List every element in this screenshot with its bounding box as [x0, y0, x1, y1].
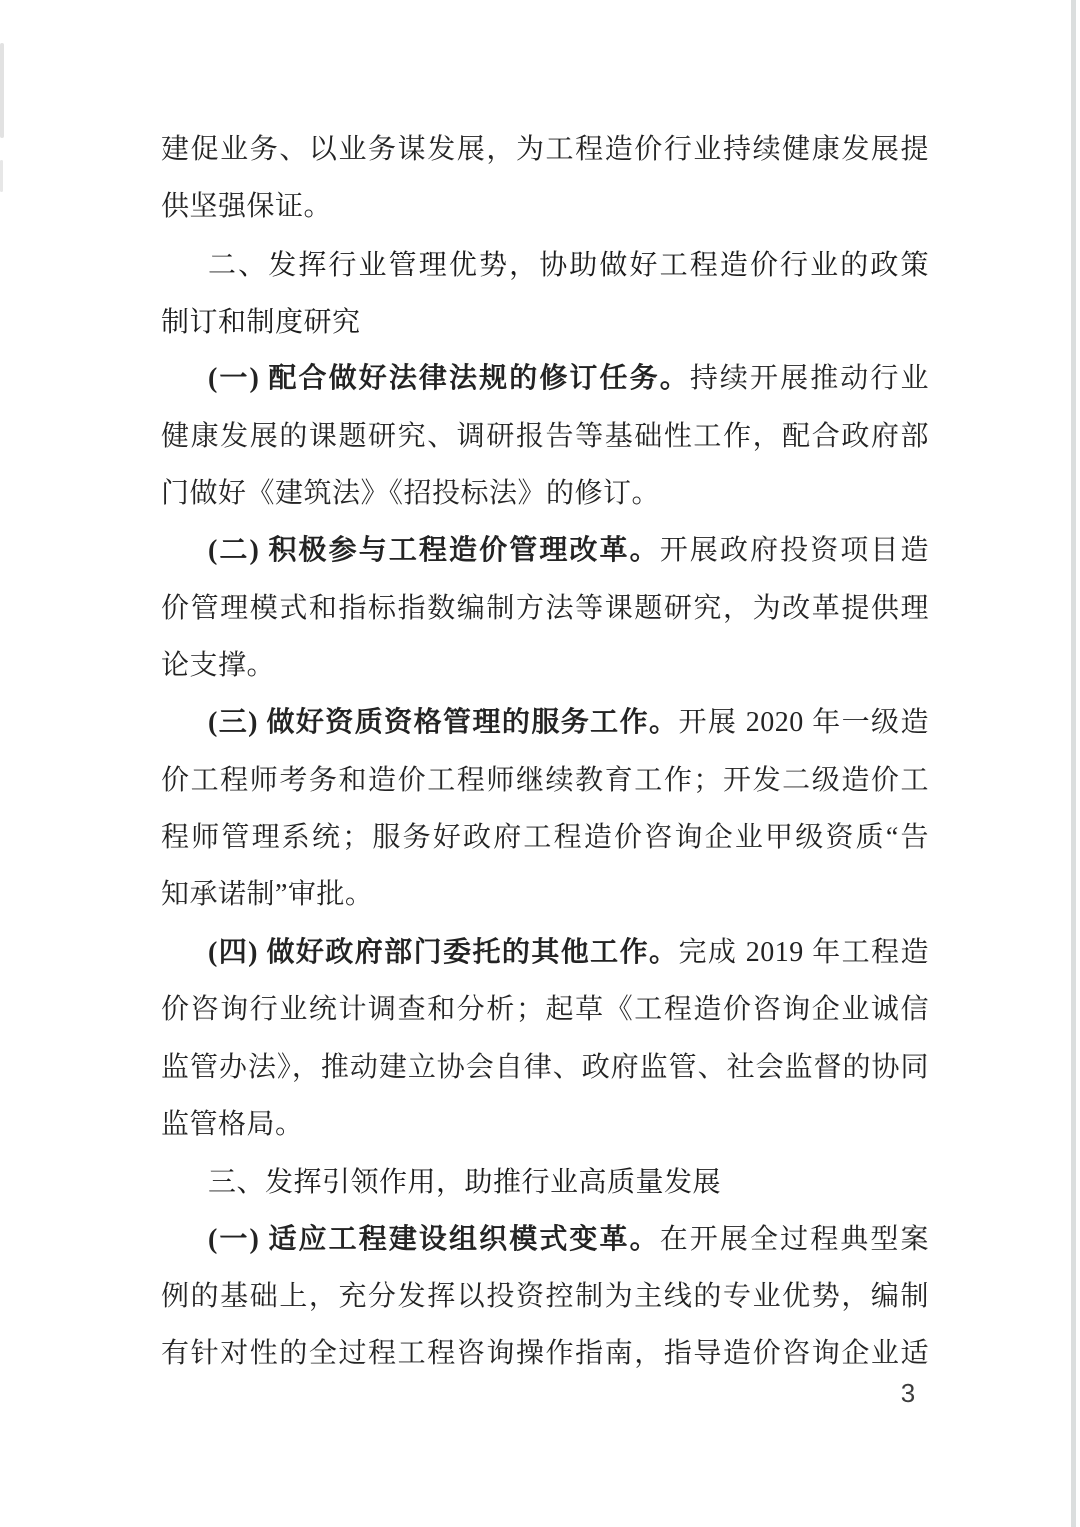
body-line: (一) 配合做好法律法规的修订任务。持续开展推动行业: [161, 350, 929, 407]
heading-line: 制订和制度研究: [161, 293, 929, 350]
document-page: 建促业务、以业务谋发展，为工程造价行业持续健康发展提供坚强保证。二、发挥行业管理…: [0, 0, 1080, 1527]
body-line: 监管办法》，推动建立协会自律、政府监管、社会监督的协同: [161, 1039, 929, 1096]
body-line: 知承诺制”审批。: [161, 866, 929, 923]
body-line: 程师管理系统；服务好政府工程造价咨询企业甲级资质“告: [161, 809, 929, 866]
body-text: 程师管理系统；服务好政府工程造价咨询企业甲级资质“告: [161, 822, 929, 853]
body-text: 知承诺制”审批。: [161, 879, 373, 910]
body-text: 例的基础上，充分发挥以投资控制为主线的专业优势，编制: [161, 1281, 929, 1312]
body-text: 持续开展推动行业: [690, 363, 929, 394]
scan-smudge-left-lower: [0, 160, 3, 192]
body-line: (三) 做好资质资格管理的服务工作。开展 2020 年一级造: [161, 694, 929, 751]
body-line: 例的基础上，充分发挥以投资控制为主线的专业优势，编制: [161, 1268, 929, 1325]
scan-smudge-left-top: [0, 43, 4, 138]
body-line: (二) 积极参与工程造价管理改革。开展政府投资项目造: [161, 522, 929, 579]
page-number: 3: [893, 1378, 923, 1408]
body-line: 论支撑。: [161, 637, 929, 694]
body-line: 监管格局。: [161, 1096, 929, 1153]
heading-text: 二、发挥行业管理优势，协助做好工程造价行业的政策: [208, 249, 929, 280]
scan-edge-artifact-right: [1071, 0, 1076, 1527]
paragraph-lead-bold: (三) 做好资质资格管理的服务工作。: [208, 707, 678, 738]
body-line: (一) 适应工程建设组织模式变革。在开展全过程典型案: [161, 1211, 929, 1268]
paragraph-lead-bold: (一) 适应工程建设组织模式变革。: [208, 1224, 660, 1255]
body-line: 有针对性的全过程工程咨询操作指南，指导造价咨询企业适: [161, 1325, 929, 1382]
heading-line: 二、发挥行业管理优势，协助做好工程造价行业的政策: [161, 236, 929, 293]
body-line: (四) 做好政府部门委托的其他工作。完成 2019 年工程造: [161, 924, 929, 981]
body-text: 价咨询行业统计调查和分析；起草《工程造价咨询企业诚信: [161, 994, 929, 1025]
body-text: 有针对性的全过程工程咨询操作指南，指导造价咨询企业适: [161, 1338, 929, 1369]
body-line: 价咨询行业统计调查和分析；起草《工程造价咨询企业诚信: [161, 981, 929, 1038]
body-text: 监管办法》，推动建立协会自律、政府监管、社会监督的协同: [161, 1052, 929, 1083]
text-block: 建促业务、以业务谋发展，为工程造价行业持续健康发展提供坚强保证。二、发挥行业管理…: [161, 121, 929, 1383]
body-text: 建促业务、以业务谋发展，为工程造价行业持续健康发展提: [161, 134, 929, 165]
body-line: 价管理模式和指标指数编制方法等课题研究，为改革提供理: [161, 580, 929, 637]
paragraph-lead-bold: (四) 做好政府部门委托的其他工作。: [208, 937, 678, 968]
body-text: 论支撑。: [161, 650, 275, 681]
body-text: 供坚强保证。: [161, 191, 332, 222]
heading-text: 三、发挥引领作用，助推行业高质量发展: [208, 1166, 721, 1197]
body-text: 价工程师考务和造价工程师继续教育工作；开发二级造价工: [161, 765, 929, 796]
body-text: 门做好《建筑法》《招投标法》的修订。: [161, 478, 660, 509]
body-text: 价管理模式和指标指数编制方法等课题研究，为改革提供理: [161, 593, 929, 624]
body-text: 健康发展的课题研究、调研报告等基础性工作，配合政府部: [161, 421, 929, 452]
body-text: 开展政府投资项目造: [660, 535, 929, 566]
body-line: 健康发展的课题研究、调研报告等基础性工作，配合政府部: [161, 408, 929, 465]
body-line: 供坚强保证。: [161, 178, 929, 235]
body-text: 开展 2020 年一级造: [678, 707, 929, 738]
body-line: 价工程师考务和造价工程师继续教育工作；开发二级造价工: [161, 752, 929, 809]
paragraph-lead-bold: (一) 配合做好法律法规的修订任务。: [208, 363, 690, 394]
body-line: 门做好《建筑法》《招投标法》的修订。: [161, 465, 929, 522]
body-text: 完成 2019 年工程造: [678, 937, 929, 968]
body-text: 在开展全过程典型案: [660, 1224, 929, 1255]
paragraph-lead-bold: (二) 积极参与工程造价管理改革。: [208, 535, 660, 566]
heading-text: 制订和制度研究: [161, 306, 361, 337]
body-text: 监管格局。: [161, 1109, 304, 1140]
body-line: 建促业务、以业务谋发展，为工程造价行业持续健康发展提: [161, 121, 929, 178]
heading-line: 三、发挥引领作用，助推行业高质量发展: [161, 1153, 929, 1210]
